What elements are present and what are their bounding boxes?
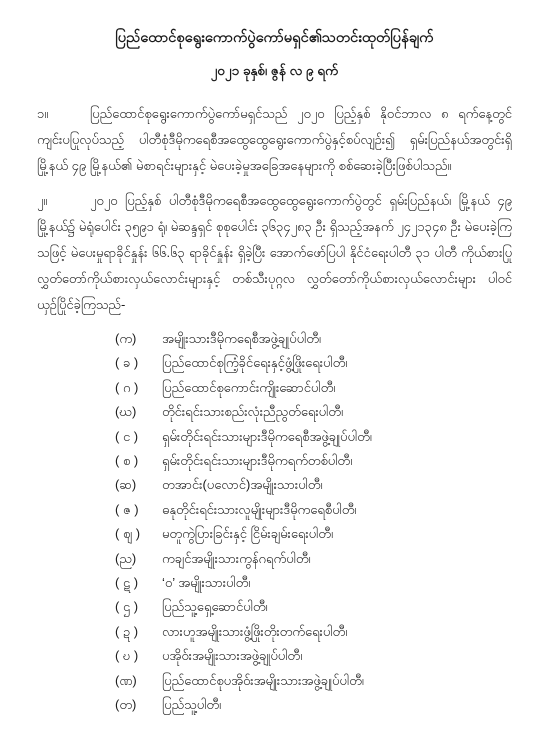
paragraph-1-number: ၁။	[37, 101, 90, 127]
party-item-name: လားဟူအမျိုးသားဖွံ့ဖြိုးတိုးတက်ရေးပါတီ၊	[162, 620, 512, 644]
party-item-name: ပအိုဝ်းအမျိုးသားအဖွဲ့ချုပ်ပါတီ၊	[162, 644, 512, 668]
party-item-label: (က)	[115, 327, 162, 351]
party-item-label: (ည)	[115, 547, 162, 571]
party-item-name: ရှမ်းတိုင်းရင်းသားများဒီမိုကရက်တစ်ပါတီ၊	[162, 449, 512, 473]
party-list-item: (တ) ပြည်သူ့ပါတီ၊	[37, 693, 512, 717]
party-item-label: ( င )	[115, 425, 162, 449]
party-item-name: ပြည်သူ့ရှေ့ဆောင်ပါတီ၊	[162, 595, 512, 619]
party-item-label: ( ခ )	[115, 351, 162, 375]
party-list-item: ( စ ) ရှမ်းတိုင်းရင်းသားများဒီမိုကရက်တစ်…	[37, 449, 512, 473]
party-item-label: ( ဎ )	[115, 644, 162, 668]
paragraph-2: ၂။၂၀၂၀ ပြည့်နှစ် ပါတီစုံဒီမိုကရေစီအထွေထွ…	[37, 188, 512, 318]
party-list-item: ( ဌ ) ပြည်သူ့ရှေ့ဆောင်ပါတီ၊	[37, 595, 512, 619]
party-list-item: (ဏ) ပြည်ထောင်စုပအိုဝ်းအမျိုးသားအဖွဲ့ချုပ…	[37, 669, 512, 693]
party-list-item: ( ဍ ) လားဟူအမျိုးသားဖွံ့ဖြိုးတိုးတက်ရေးပ…	[37, 620, 512, 644]
party-item-label: ( ဋ )	[115, 571, 162, 595]
party-list-item: ( ဋ ) ‘ဝ’ အမျိုးသားပါတီ၊	[37, 571, 512, 595]
party-item-label: ( ဂ )	[115, 376, 162, 400]
party-item-name: ကချင်အမျိုးသားကွန်ဂရက်ပါတီ၊	[162, 547, 512, 571]
party-item-name: ပြည်ထောင်စုကောင်းကျိုးဆောင်ပါတီ၊	[162, 376, 512, 400]
party-list-item: ( ဈ ) မတူကွဲပြားခြင်းနှင့် ငြိမ်းချမ်းရေ…	[37, 522, 512, 546]
party-item-name: ပြည်သူ့ပါတီ၊	[162, 693, 512, 717]
document-page: ပြည်ထောင်စုရွေးကောက်ပွဲကော်မရှင်၏သတင်းထု…	[0, 0, 549, 733]
party-item-label: (ဃ)	[115, 400, 162, 424]
party-item-label: ( စ )	[115, 449, 162, 473]
party-item-label: ( ဍ )	[115, 620, 162, 644]
party-item-label: (ဏ)	[115, 669, 162, 693]
party-list-item: ( ခ ) ပြည်ထောင်စုကြံ့ခိုင်ရေးနှင့်ဖွံ့ဖြ…	[37, 351, 512, 375]
party-list-item: ( င ) ရှမ်းတိုင်းရင်းသားများဒီမိုကရေစီအဖ…	[37, 425, 512, 449]
party-item-name: တအာင်း(ပလောင်)အမျိုးသားပါတီ၊	[162, 473, 512, 497]
party-item-name: မတူကွဲပြားခြင်းနှင့် ငြိမ်းချမ်းရေးပါတီ၊	[162, 522, 512, 546]
party-list-item: ( ဇ ) ဓနုတိုင်းရင်းသားလူမျိုးများဒီမိုကရ…	[37, 498, 512, 522]
paragraph-1: ၁။ပြည်ထောင်စုရွေးကောက်ပွဲကော်မရှင်သည် ၂၀…	[37, 101, 512, 179]
party-list-item: (ဃ) တိုင်းရင်းသားစည်းလုံးညီညွတ်ရေးပါတီ၊	[37, 400, 512, 424]
party-item-label: ( ဇ )	[115, 498, 162, 522]
party-list-item: (က) အမျိုးသားဒီမိုကရေစီအဖွဲ့ချုပ်ပါတီ၊	[37, 327, 512, 351]
party-item-name: ပြည်ထောင်စုကြံ့ခိုင်ရေးနှင့်ဖွံ့ဖြိုးရေး…	[162, 351, 512, 375]
party-list-item: ( ဎ ) ပအိုဝ်းအမျိုးသားအဖွဲ့ချုပ်ပါတီ၊	[37, 644, 512, 668]
party-item-name: ‘ဝ’ အမျိုးသားပါတီ၊	[162, 571, 512, 595]
party-item-name: တိုင်းရင်းသားစည်းလုံးညီညွတ်ရေးပါတီ၊	[162, 400, 512, 424]
party-item-label: (ဆ)	[115, 473, 162, 497]
paragraph-1-text: ပြည်ထောင်စုရွေးကောက်ပွဲကော်မရှင်သည် ၂၀၂၀…	[37, 106, 512, 173]
paragraph-2-text: ၂၀၂၀ ပြည့်နှစ် ပါတီစုံဒီမိုကရေစီအထွေထွေရ…	[37, 193, 512, 312]
party-item-name: ပြည်ထောင်စုပအိုဝ်းအမျိုးသားအဖွဲ့ချုပ်ပါတ…	[162, 669, 512, 693]
party-item-label: ( ဌ )	[115, 595, 162, 619]
party-item-name: အမျိုးသားဒီမိုကရေစီအဖွဲ့ချုပ်ပါတီ၊	[162, 327, 512, 351]
party-list-item: (ည) ကချင်အမျိုးသားကွန်ဂရက်ပါတီ၊	[37, 547, 512, 571]
party-item-name: ရှမ်းတိုင်းရင်းသားများဒီမိုကရေစီအဖွဲ့ချု…	[162, 425, 512, 449]
party-list: (က) အမျိုးသားဒီမိုကရေစီအဖွဲ့ချုပ်ပါတီ၊ (…	[37, 327, 512, 718]
party-item-name: ဓနုတိုင်းရင်းသားလူမျိုးများဒီမိုကရေစီပါတ…	[162, 498, 512, 522]
party-item-label: (တ)	[115, 693, 162, 717]
paragraph-2-number: ၂။	[37, 188, 90, 214]
party-list-item: ( ဂ ) ပြည်ထောင်စုကောင်းကျိုးဆောင်ပါတီ၊	[37, 376, 512, 400]
document-date: ၂၀၂၁ ခုနှစ်၊ ဇွန် လ ၉ ရက်	[37, 62, 512, 81]
document-title: ပြည်ထောင်စုရွေးကောက်ပွဲကော်မရှင်၏သတင်းထု…	[37, 28, 512, 49]
party-list-item: (ဆ) တအာင်း(ပလောင်)အမျိုးသားပါတီ၊	[37, 473, 512, 497]
party-item-label: ( ဈ )	[115, 522, 162, 546]
